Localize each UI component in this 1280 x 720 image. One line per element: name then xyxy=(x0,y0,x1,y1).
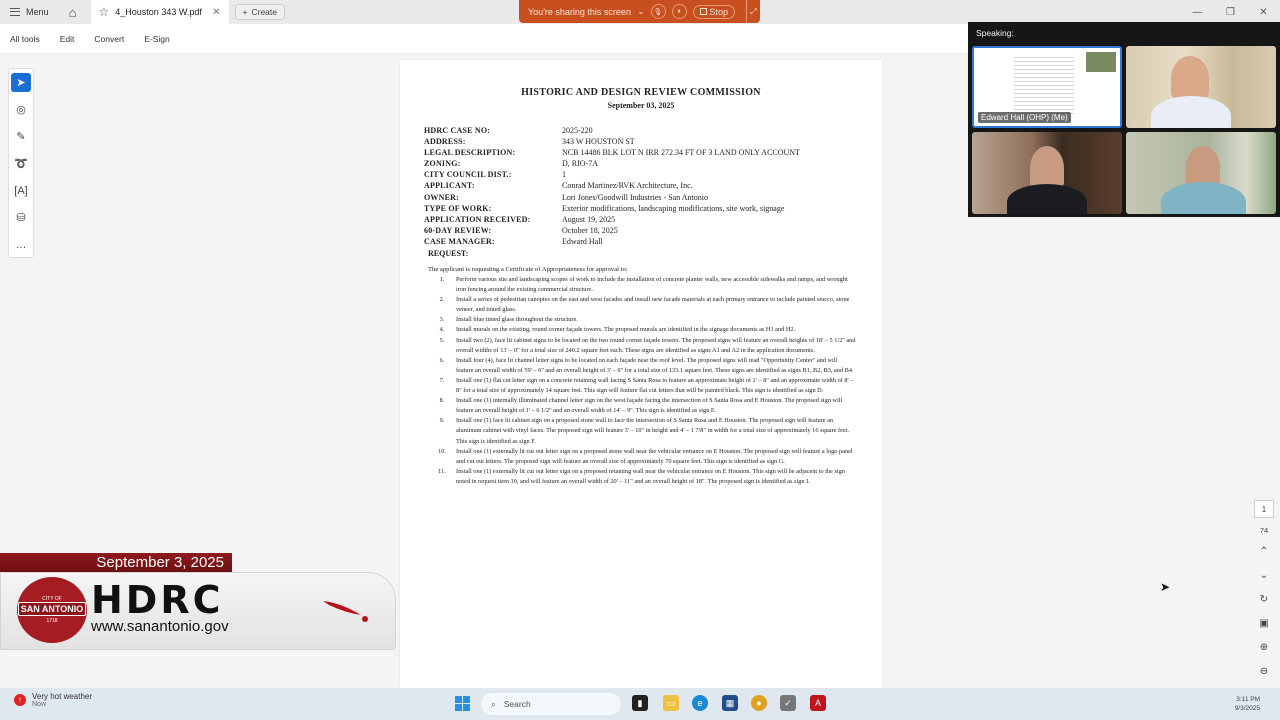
field-value: D, RIO-7A xyxy=(562,158,864,169)
field-label: OWNER: xyxy=(424,192,562,203)
request-item: 5.Install two (2), face lit cabinet sign… xyxy=(428,336,856,356)
field-label: CASE MANAGER: xyxy=(424,236,562,247)
video-call-panel: Speaking: Edward Hall (OHP) (Me) xyxy=(968,22,1280,217)
windows-start-icon[interactable] xyxy=(455,696,470,711)
field-value: Exterior modifications, landscaping modi… xyxy=(562,203,864,214)
case-field-row: ZONING:D, RIO-7A xyxy=(424,158,864,169)
request-item: 3.Install blue tinted glass throughout t… xyxy=(428,315,856,325)
pdf-page: HISTORIC AND DESIGN REVIEW COMMISSION Se… xyxy=(400,60,882,688)
app-icon[interactable]: ✓ xyxy=(780,695,796,711)
case-field-row: ADDRESS:343 W HOUSTON ST xyxy=(424,136,864,147)
hdrc-brand: HDRC xyxy=(91,581,224,619)
stamp-icon[interactable]: ⛁ xyxy=(11,208,31,227)
toolbar-edit[interactable]: Edit xyxy=(50,34,85,44)
field-value: Conrad Martinez/RVK Architecture, Inc. xyxy=(562,180,864,191)
weather-alert-icon: ! xyxy=(14,694,26,706)
request-item-text: Install two (2), face lit cabinet signs … xyxy=(456,336,856,356)
request-item-text: Install one (1) flat cut letter sign on … xyxy=(456,376,856,396)
request-item: 9.Install one (1) face lit cabinet sign … xyxy=(428,416,856,446)
request-item: 4.Install murals on the existing, round … xyxy=(428,325,856,335)
field-label: TYPE OF WORK: xyxy=(424,203,562,214)
lasso-icon[interactable]: ➰ xyxy=(11,154,31,173)
request-item-text: Install a series of pedestrian canopies … xyxy=(456,295,856,315)
toolbar-convert[interactable]: Convert xyxy=(84,34,134,44)
create-label: Create xyxy=(251,7,277,17)
request-item-number: 4. xyxy=(428,325,456,335)
comment-icon[interactable]: ◎ xyxy=(11,100,31,119)
minimize-button[interactable]: — xyxy=(1181,0,1214,24)
edge-browser-icon[interactable]: e xyxy=(692,695,708,711)
website-url: www.sanantonio.gov xyxy=(91,618,229,635)
field-value: NCB 14486 BLK LOT N IRR 272.34 FT OF 3 L… xyxy=(562,147,864,158)
pause-icon[interactable]: ⏸ xyxy=(672,4,687,19)
participant-shirt xyxy=(1161,182,1246,214)
request-item-number: 10. xyxy=(428,447,456,467)
toolbar-all-tools[interactable]: All tools xyxy=(0,34,50,44)
request-item: 10.Install one (1) externally lit cut ou… xyxy=(428,447,856,467)
field-value: 1 xyxy=(562,169,864,180)
field-value: October 18, 2025 xyxy=(562,225,864,236)
expand-icon[interactable]: ⤢ xyxy=(746,0,760,23)
field-label: CITY COUNCIL DIST.: xyxy=(424,169,562,180)
participant-shirt xyxy=(1007,184,1087,214)
field-label: ADDRESS: xyxy=(424,136,562,147)
case-field-row: CASE MANAGER:Edward Hall xyxy=(424,236,864,247)
chevron-up-icon[interactable]: ⌃ xyxy=(1260,543,1268,559)
search-icon: ⌕ xyxy=(491,699,496,710)
file-explorer-icon[interactable]: ▭ xyxy=(663,695,679,711)
zoom-in-icon[interactable]: ⊕ xyxy=(1260,639,1268,655)
stop-sharing-button[interactable]: Stop xyxy=(693,5,736,19)
system-clock[interactable]: 3:11 PM 9/3/2025 xyxy=(1235,695,1260,713)
star-icon[interactable]: ☆ xyxy=(99,5,110,19)
request-item-number: 7. xyxy=(428,376,456,396)
weather-widget[interactable]: ! Very hot weather Now xyxy=(14,692,92,708)
plus-icon: + xyxy=(243,7,248,17)
mouse-cursor-icon: ➤ xyxy=(1160,580,1170,594)
doc-date: September 03, 2025 xyxy=(400,101,882,110)
request-intro: The applicant is requesting a Certificat… xyxy=(428,266,628,273)
stop-label: Stop xyxy=(710,7,729,17)
decorative-swoosh-icon xyxy=(321,593,371,623)
request-item-number: 3. xyxy=(428,315,456,325)
seal-name: SAN ANTONIO xyxy=(18,602,87,616)
participant-shirt xyxy=(1151,96,1231,128)
field-value: August 19, 2025 xyxy=(562,214,864,225)
field-label: HDRC CASE NO: xyxy=(424,125,562,136)
chevron-down-icon[interactable]: ⌄ xyxy=(1260,567,1268,583)
menu-label: Menu xyxy=(26,7,49,17)
request-item: 6.Install four (4), face lit channel let… xyxy=(428,356,856,376)
case-field-row: LEGAL DESCRIPTION:NCB 14486 BLK LOT N IR… xyxy=(424,147,864,158)
toolbar-esign[interactable]: E-Sign xyxy=(134,34,180,44)
request-item-number: 9. xyxy=(428,416,456,446)
task-view-icon[interactable]: ▮ xyxy=(632,695,648,711)
search-placeholder: Search xyxy=(504,699,531,709)
case-field-row: HDRC CASE NO:2025-220 xyxy=(424,125,864,136)
participant-tile[interactable] xyxy=(1126,46,1276,128)
case-field-row: CITY COUNCIL DIST.:1 xyxy=(424,169,864,180)
pen-icon[interactable]: ✎ xyxy=(11,127,31,146)
close-tab-icon[interactable]: ✕ xyxy=(212,7,220,18)
request-item-text: Perform various site and landscaping sco… xyxy=(456,275,856,295)
request-item: 1.Perform various site and landscaping s… xyxy=(428,275,856,295)
clock-date: 9/3/2025 xyxy=(1235,704,1260,713)
tool-rail: ➤ ◎ ✎ ➰ [A] ⛁ … xyxy=(8,68,34,258)
request-item: 8.Install one (1) internally illuminated… xyxy=(428,396,856,416)
case-field-row: APPLICATION RECEIVED:August 19, 2025 xyxy=(424,214,864,225)
acrobat-icon[interactable]: A xyxy=(810,695,826,711)
request-label: REQUEST: xyxy=(428,249,468,258)
total-pages: 74 xyxy=(1260,526,1268,535)
text-recognition-icon[interactable]: [A] xyxy=(11,181,31,200)
more-tools-icon[interactable]: … xyxy=(11,235,31,254)
participant-video xyxy=(1171,56,1209,100)
case-field-row: OWNER:Lori Jones/Goodwill Industries - S… xyxy=(424,192,864,203)
request-item-number: 11. xyxy=(428,467,456,487)
request-item-number: 1. xyxy=(428,275,456,295)
speaking-label: Speaking: xyxy=(976,28,1014,38)
case-field-row: 60-DAY REVIEW:October 18, 2025 xyxy=(424,225,864,236)
request-item-number: 8. xyxy=(428,396,456,416)
request-item-text: Install one (1) face lit cabinet sign on… xyxy=(456,416,856,446)
current-page-input[interactable]: 1 xyxy=(1254,500,1274,518)
self-view-thumbnail xyxy=(1086,52,1116,72)
select-cursor-icon[interactable]: ➤ xyxy=(11,73,31,92)
stop-icon xyxy=(700,8,707,15)
request-item: 7.Install one (1) flat cut letter sign o… xyxy=(428,376,856,396)
request-item-text: Install blue tinted glass throughout the… xyxy=(456,315,856,325)
field-label: ZONING: xyxy=(424,158,562,169)
chrome-icon[interactable]: ● xyxy=(751,695,767,711)
request-item-number: 5. xyxy=(428,336,456,356)
request-item-number: 6. xyxy=(428,356,456,376)
case-field-row: APPLICANT:Conrad Martinez/RVK Architectu… xyxy=(424,180,864,191)
screen-share-bar: You're sharing this screen ⌄ 🎙 ⏸ Stop ⤢ xyxy=(519,0,760,23)
request-item-text: Install one (1) externally lit cut out l… xyxy=(456,447,856,467)
field-label: LEGAL DESCRIPTION: xyxy=(424,147,562,158)
participant-name: Edward Hall (OHP) (Me) xyxy=(978,112,1071,123)
maximize-button[interactable]: ❐ xyxy=(1214,0,1247,24)
zoom-out-icon[interactable]: ⊖ xyxy=(1260,663,1268,679)
request-item-number: 2. xyxy=(428,295,456,315)
participant-tile[interactable] xyxy=(972,132,1122,214)
weather-title: Very hot weather xyxy=(32,692,92,701)
shared-screen-thumbnail xyxy=(1014,54,1074,114)
seal-bottom-text: 1718 xyxy=(46,618,57,624)
clock-time: 3:11 PM xyxy=(1235,695,1260,704)
request-item: 2.Install a series of pedestrian canopie… xyxy=(428,295,856,315)
field-label: APPLICANT: xyxy=(424,180,562,191)
microphone-icon[interactable]: 🎙 xyxy=(651,4,666,19)
share-status[interactable]: You're sharing this screen xyxy=(528,7,631,17)
tab-title: 4_Houston 343 W.pdf xyxy=(115,7,206,17)
request-item-text: Install murals on the existing, round co… xyxy=(456,325,856,335)
request-item-text: Install one (1) externally lit cut out l… xyxy=(456,467,856,487)
request-item: 11.Install one (1) externally lit cut ou… xyxy=(428,467,856,487)
field-value: Edward Hall xyxy=(562,236,864,247)
hamburger-icon xyxy=(10,8,20,16)
home-icon[interactable]: ⌂ xyxy=(59,0,87,24)
field-value: 2025-220 xyxy=(562,125,864,136)
taskbar-search[interactable]: ⌕ Search xyxy=(481,693,621,715)
field-label: 60-DAY REVIEW: xyxy=(424,225,562,236)
city-seal-logo: CITY OF SAN ANTONIO 1718 xyxy=(17,577,87,643)
request-list: 1.Perform various site and landscaping s… xyxy=(428,275,856,487)
refresh-icon[interactable]: ↻ xyxy=(1260,591,1268,607)
close-window-button[interactable]: ✕ xyxy=(1247,0,1280,24)
request-item-text: Install four (4), face lit channel lette… xyxy=(456,356,856,376)
page-navigation: 1 74 ⌃ ⌄ ↻ ▣ ⊕ ⊖ xyxy=(1252,500,1276,679)
taskbar: ! Very hot weather Now ⌕ Search ▮ ▭ e ▦ … xyxy=(0,688,1280,720)
case-field-row: TYPE OF WORK:Exterior modifications, lan… xyxy=(424,203,864,214)
hdrc-banner: CITY OF SAN ANTONIO 1718 HDRC www.sanant… xyxy=(0,572,396,650)
request-item-text: Install one (1) internally illuminated c… xyxy=(456,396,856,416)
participant-tile-screen-share[interactable]: Edward Hall (OHP) (Me) xyxy=(972,46,1122,128)
create-button[interactable]: + Create xyxy=(235,4,285,20)
page-fit-icon[interactable]: ▣ xyxy=(1259,615,1268,631)
field-label: APPLICATION RECEIVED: xyxy=(424,214,562,225)
weather-subtitle: Now xyxy=(32,701,92,708)
document-tab[interactable]: ☆ 4_Houston 343 W.pdf ✕ xyxy=(91,0,229,24)
case-fields: HDRC CASE NO:2025-220ADDRESS:343 W HOUST… xyxy=(424,125,864,247)
broadcast-date: September 3, 2025 xyxy=(0,553,232,572)
field-value: 343 W HOUSTON ST xyxy=(562,136,864,147)
menu-button[interactable]: Menu xyxy=(0,0,59,24)
participant-tile[interactable] xyxy=(1126,132,1276,214)
chevron-down-icon[interactable]: ⌄ xyxy=(637,6,645,17)
doc-title: HISTORIC AND DESIGN REVIEW COMMISSION xyxy=(400,87,882,98)
window-controls: — ❐ ✕ xyxy=(1181,0,1280,24)
store-icon[interactable]: ▦ xyxy=(722,695,738,711)
field-value: Lori Jones/Goodwill Industries - San Ant… xyxy=(562,192,864,203)
